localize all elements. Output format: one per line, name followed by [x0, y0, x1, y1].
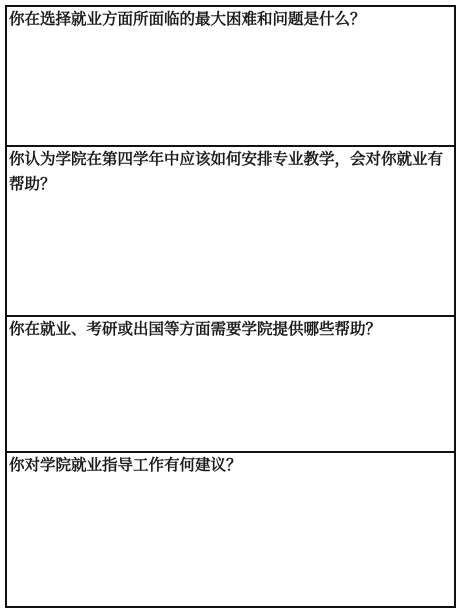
question-row-4: 你对学院就业指导工作有何建议？ [7, 453, 454, 606]
answer-area-2[interactable] [9, 197, 449, 315]
answer-area-3[interactable] [9, 342, 449, 451]
question-row-3: 你在就业、考研或出国等方面需要学院提供哪些帮助？ [7, 317, 454, 453]
answer-area-1[interactable] [9, 32, 449, 145]
question-row-2: 你认为学院在第四学年中应该如何安排专业教学，会对你就业有帮助？ [7, 147, 454, 317]
question-text-1: 你在选择就业方面所面临的最大困难和问题是什么？ [9, 7, 449, 32]
question-text-4: 你对学院就业指导工作有何建议？ [9, 453, 449, 478]
question-text-3: 你在就业、考研或出国等方面需要学院提供哪些帮助？ [9, 317, 449, 342]
question-row-1: 你在选择就业方面所面临的最大困难和问题是什么？ [7, 7, 454, 147]
answer-area-4[interactable] [9, 478, 449, 606]
questionnaire-table: 你在选择就业方面所面临的最大困难和问题是什么？ 你认为学院在第四学年中应该如何安… [5, 5, 456, 608]
document-page: 你在选择就业方面所面临的最大困难和问题是什么？ 你认为学院在第四学年中应该如何安… [0, 0, 462, 613]
question-text-2: 你认为学院在第四学年中应该如何安排专业教学，会对你就业有帮助？ [9, 147, 449, 197]
